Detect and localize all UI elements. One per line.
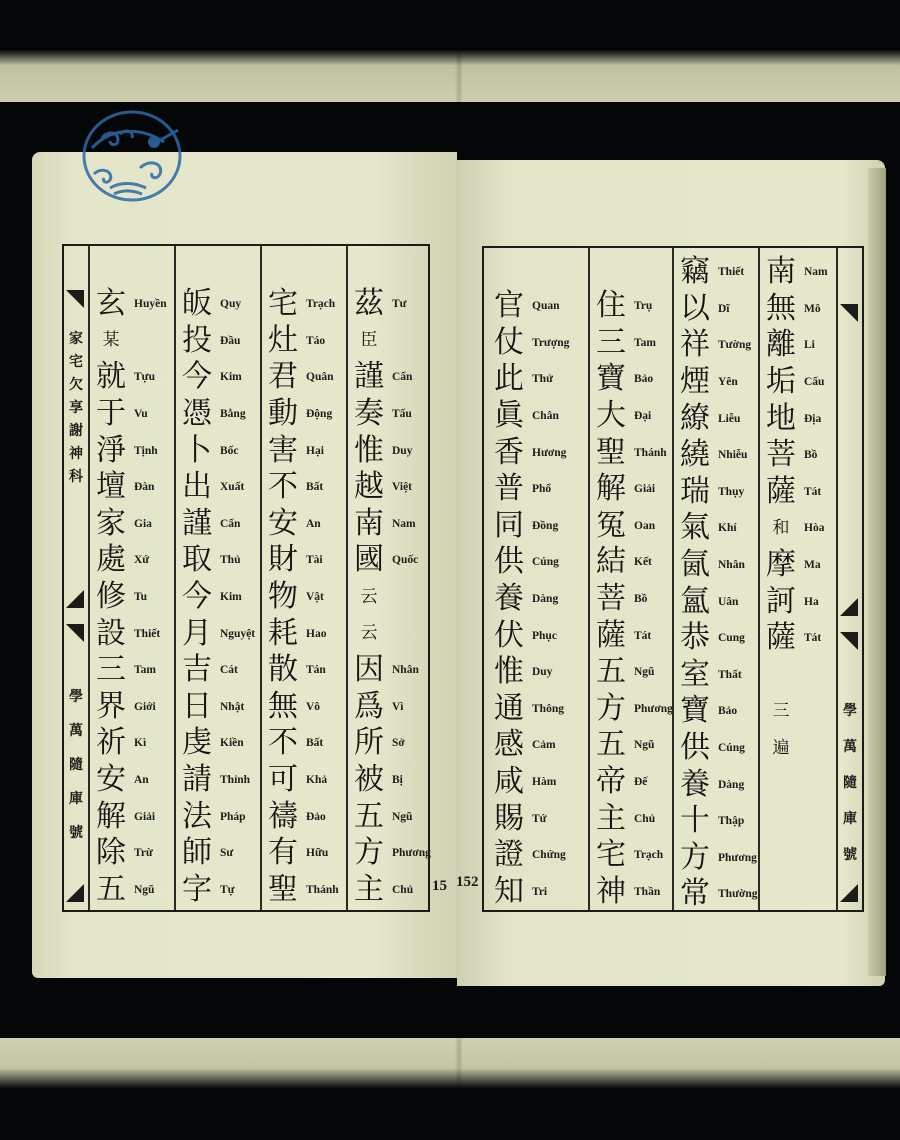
text-cell: 今Kim xyxy=(178,359,255,396)
han-character: 灶 xyxy=(264,326,302,356)
fishtail-top-icon xyxy=(840,304,858,322)
text-cell: 香Hương xyxy=(490,434,569,471)
text-column-3: 宅Trạch灶Táo君Quân動Động害Hại不Bất安An財Tài物Vật耗… xyxy=(264,286,339,908)
romanized-reading: Cẩn xyxy=(220,518,240,530)
romanized-reading: Chứng xyxy=(532,849,566,861)
han-character: 吉 xyxy=(178,655,216,685)
text-cell: 五Ngũ xyxy=(350,798,431,835)
text-cell: 遍 xyxy=(762,730,828,767)
romanized-reading: Tịnh xyxy=(134,445,158,457)
han-character: 冤 xyxy=(592,511,630,541)
han-character: 臣 xyxy=(350,332,388,349)
text-cell: 無Vô xyxy=(264,689,339,726)
text-column-1: 玄Huyền某就Tựu于Vu淨Tịnh壇Đàn家Gia處Xứ修Tu設Thiết三… xyxy=(92,286,167,908)
romanized-reading: Thập xyxy=(718,815,744,827)
han-character: 氳 xyxy=(676,587,714,617)
romanized-reading: Li xyxy=(804,339,815,351)
han-character: 薩 xyxy=(762,477,800,507)
romanized-reading: Trạch xyxy=(634,849,663,861)
romanized-reading: Tu xyxy=(134,591,147,603)
romanized-reading: Thiết xyxy=(134,628,160,640)
text-cell: 界Giới xyxy=(92,689,167,726)
romanized-reading: Cấu xyxy=(804,376,824,388)
page-edges-right xyxy=(868,168,886,976)
text-cell: 有Hữu xyxy=(264,835,339,872)
fishtail-mid-up-icon xyxy=(66,590,84,608)
romanized-reading: Xứ xyxy=(134,554,149,566)
romanized-reading: Bị xyxy=(392,774,403,786)
text-cell: 南Nam xyxy=(762,254,828,291)
romanized-reading: Hòa xyxy=(804,522,824,534)
text-cell: 此Thử xyxy=(490,361,569,398)
text-cell: 所Sở xyxy=(350,725,431,762)
romanized-reading: Hàm xyxy=(532,776,556,788)
han-character: 動 xyxy=(264,399,302,429)
text-cell: 淨Tịnh xyxy=(92,432,167,469)
text-cell: 住Trụ xyxy=(592,288,673,325)
left-margin-strip: 家 宅 欠 享 謝 神 科 𢂰 學 萬 隨 庫 號 xyxy=(64,246,88,910)
romanized-reading: Tát xyxy=(634,630,651,642)
text-cell: 垢Cấu xyxy=(762,364,828,401)
text-cell: 方Phương xyxy=(676,840,757,877)
han-character: 財 xyxy=(264,545,302,575)
han-character: 請 xyxy=(178,765,216,795)
text-cell: 月Nguyệt xyxy=(178,615,255,652)
romanized-reading: Chủ xyxy=(392,884,413,896)
romanized-reading: Đầu xyxy=(220,335,240,347)
romanized-reading: Thiết xyxy=(718,266,744,278)
text-cell: 證Chứng xyxy=(490,837,569,874)
romanized-reading: Vu xyxy=(134,408,148,420)
fishtail-mid-up-icon xyxy=(840,598,858,616)
romanized-reading: Tường xyxy=(718,339,751,351)
han-character: 月 xyxy=(178,619,216,649)
romanized-reading: Địa xyxy=(804,413,821,425)
han-character: 日 xyxy=(178,692,216,722)
han-character: 住 xyxy=(592,291,630,321)
romanized-reading: Bất xyxy=(306,481,323,493)
text-cell: 祥Tường xyxy=(676,327,757,364)
text-cell: 帝Đế xyxy=(592,764,673,801)
text-cell: 宅Trạch xyxy=(264,286,339,323)
romanized-reading: Kim xyxy=(220,591,242,603)
romanized-reading: Cát xyxy=(220,664,238,676)
romanized-reading: Dàng xyxy=(532,593,558,605)
han-character: 訶 xyxy=(762,587,800,617)
han-character: 解 xyxy=(92,802,130,832)
romanized-reading: Táo xyxy=(306,335,325,347)
han-character: 寶 xyxy=(676,696,714,726)
text-cell: 氳Uân xyxy=(676,583,757,620)
romanized-reading: Đồng xyxy=(532,520,558,532)
han-character: 氣 xyxy=(676,513,714,543)
romanized-reading: Huyền xyxy=(134,298,167,310)
romanized-reading: Khí xyxy=(718,522,737,534)
text-cell: 被Bị xyxy=(350,762,431,799)
text-cell: 師Sư xyxy=(178,835,255,872)
romanized-reading: Kết xyxy=(634,556,652,568)
romanized-reading: Tự xyxy=(220,884,235,896)
right-page-number: 152 xyxy=(456,874,479,891)
left-page-number: 15 xyxy=(432,878,447,895)
romanized-reading: Bảo xyxy=(718,705,737,717)
romanized-reading: Chủ xyxy=(634,813,655,825)
romanized-reading: Động xyxy=(306,408,332,420)
margin-title: 𢂰 學 萬 隨 庫 號 xyxy=(843,668,857,862)
text-cell: 今Kim xyxy=(178,579,255,616)
romanized-reading: An xyxy=(306,518,321,530)
han-character: 供 xyxy=(490,547,528,577)
text-cell: 玄Huyền xyxy=(92,286,167,323)
han-character: 設 xyxy=(92,619,130,649)
han-character: 可 xyxy=(264,765,302,795)
han-character: 薩 xyxy=(762,623,800,653)
romanized-reading: Tam xyxy=(634,337,656,349)
text-cell: 奏Tấu xyxy=(350,396,431,433)
romanized-reading: Hữu xyxy=(306,847,328,859)
text-cell: 除Trừ xyxy=(92,835,167,872)
text-cell: 十Thập xyxy=(676,803,757,840)
han-character: 五 xyxy=(92,875,130,905)
han-character: 養 xyxy=(676,770,714,800)
han-character: 聖 xyxy=(264,875,302,905)
text-cell: 吉Cát xyxy=(178,652,255,689)
romanized-reading: Trượng xyxy=(532,337,569,349)
han-character: 五 xyxy=(350,802,388,832)
han-character: 字 xyxy=(178,875,216,905)
text-cell: 壇Đàn xyxy=(92,469,167,506)
text-cell: 某 xyxy=(92,323,167,360)
romanized-reading: Duy xyxy=(392,445,412,457)
han-character: 祈 xyxy=(92,728,130,758)
han-character: 恭 xyxy=(676,623,714,653)
text-cell: 日Nhật xyxy=(178,689,255,726)
text-cell: 薩Tát xyxy=(592,617,673,654)
text-cell: 常Thường xyxy=(676,876,757,913)
han-character: 氤 xyxy=(676,550,714,580)
text-cell: 解Giải xyxy=(592,471,673,508)
text-cell: 卜Bốc xyxy=(178,432,255,469)
han-character: 解 xyxy=(592,474,630,504)
text-cell: 安An xyxy=(264,506,339,543)
romanized-reading: Hại xyxy=(306,445,324,457)
text-cell: 三 xyxy=(762,693,828,730)
romanized-reading: Giải xyxy=(634,483,655,495)
text-column-1: 官Quan仗Trượng此Thử眞Chân香Hương普Phổ同Đồng供Cún… xyxy=(490,288,569,910)
romanized-reading: Trừ xyxy=(134,847,153,859)
text-cell: 知Tri xyxy=(490,874,569,911)
text-cell: 養Dàng xyxy=(676,766,757,803)
han-character: 師 xyxy=(178,838,216,868)
han-character: 卜 xyxy=(178,436,216,466)
text-cell: 竊Thiết xyxy=(676,254,757,291)
han-character: 和 xyxy=(762,520,800,537)
romanized-reading: Bồ xyxy=(634,593,647,605)
left-page-text-frame: 家 宅 欠 享 謝 神 科 𢂰 學 萬 隨 庫 號 玄Huyền某就Tựu于Vu… xyxy=(62,244,430,912)
text-cell: 五Ngũ xyxy=(592,654,673,691)
text-cell: 修Tu xyxy=(92,579,167,616)
han-character: 垢 xyxy=(762,367,800,397)
text-cell: 仗Trượng xyxy=(490,325,569,362)
han-character: 于 xyxy=(92,399,130,429)
text-cell: 越Việt xyxy=(350,469,431,506)
romanized-reading: Tam xyxy=(134,664,156,676)
romanized-reading: Cúng xyxy=(718,742,745,754)
romanized-reading: Nhân xyxy=(718,559,745,571)
romanized-reading: Vật xyxy=(306,591,324,603)
romanized-reading: Tát xyxy=(804,486,821,498)
romanized-reading: Oan xyxy=(634,520,655,532)
text-cell: 三Tam xyxy=(92,652,167,689)
romanized-reading: Phục xyxy=(532,630,557,642)
text-cell: 投Đầu xyxy=(178,323,255,360)
han-character: 十 xyxy=(676,806,714,836)
romanized-reading: Đại xyxy=(634,410,651,422)
romanized-reading: Thụy xyxy=(718,486,744,498)
romanized-reading: An xyxy=(134,774,149,786)
watermark-logo-icon xyxy=(80,108,184,204)
fishtail-mid-down-icon xyxy=(66,624,84,642)
han-character: 眞 xyxy=(490,401,528,431)
text-cell: 惟Duy xyxy=(350,432,431,469)
text-cell: 皈Quy xyxy=(178,286,255,323)
han-character: 養 xyxy=(490,584,528,614)
han-character: 安 xyxy=(264,509,302,539)
romanized-reading: Kì xyxy=(134,737,146,749)
han-character: 壇 xyxy=(92,472,130,502)
romanized-reading: Thường xyxy=(718,888,757,900)
han-character: 淨 xyxy=(92,436,130,466)
han-character: 無 xyxy=(264,692,302,722)
han-character: 有 xyxy=(264,838,302,868)
text-cell: 臣 xyxy=(350,323,431,360)
romanized-reading: Trụ xyxy=(634,300,652,312)
han-character: 修 xyxy=(92,582,130,612)
romanized-reading: Tri xyxy=(532,886,547,898)
romanized-reading: Tài xyxy=(306,554,323,566)
han-character: 官 xyxy=(490,291,528,321)
text-cell: 宅Trạch xyxy=(592,837,673,874)
romanized-reading: Đế xyxy=(634,776,647,788)
text-cell: 法Pháp xyxy=(178,798,255,835)
han-character: 物 xyxy=(264,582,302,612)
han-character: 主 xyxy=(350,875,388,905)
han-character: 感 xyxy=(490,730,528,760)
text-cell: 咸Hàm xyxy=(490,764,569,801)
han-character: 室 xyxy=(676,660,714,690)
text-cell: 寶Bảo xyxy=(676,693,757,730)
han-character: 方 xyxy=(592,694,630,724)
text-cell: 方Phương xyxy=(592,691,673,728)
text-cell: 感Cảm xyxy=(490,727,569,764)
romanized-reading: Nam xyxy=(804,266,828,278)
romanized-reading: Liễu xyxy=(718,413,740,425)
romanized-reading: Phổ xyxy=(532,483,551,495)
romanized-reading: Nguyệt xyxy=(220,628,255,640)
romanized-reading: Dàng xyxy=(718,779,744,791)
text-cell: 氤Nhân xyxy=(676,547,757,584)
han-character: 宅 xyxy=(592,840,630,870)
romanized-reading: Bốc xyxy=(220,445,239,457)
romanized-reading: Thánh xyxy=(634,447,667,459)
romanized-reading: Ha xyxy=(804,596,819,608)
text-cell: 菩Bồ xyxy=(592,581,673,618)
text-cell: 繞Nhiễu xyxy=(676,437,757,474)
romanized-reading: Thủ xyxy=(220,554,240,566)
romanized-reading: Ma xyxy=(804,559,821,571)
han-character: 云 xyxy=(350,589,388,606)
text-cell: 國Quốc xyxy=(350,542,431,579)
han-character: 憑 xyxy=(178,399,216,429)
text-cell: 同Đồng xyxy=(490,508,569,545)
romanized-reading: Khả xyxy=(306,774,327,786)
han-character: 投 xyxy=(178,326,216,356)
text-cell: 眞Chân xyxy=(490,398,569,435)
han-character: 就 xyxy=(92,362,130,392)
romanized-reading: Sư xyxy=(220,847,233,859)
text-cell: 取Thủ xyxy=(178,542,255,579)
text-cell: 室Thất xyxy=(676,657,757,694)
han-character: 取 xyxy=(178,545,216,575)
han-character: 越 xyxy=(350,472,388,502)
text-cell: 冤Oan xyxy=(592,508,673,545)
text-cell: 可Khả xyxy=(264,762,339,799)
romanized-reading: Thông xyxy=(532,703,564,715)
text-cell: 惟Duy xyxy=(490,654,569,691)
text-cell: 請Thỉnh xyxy=(178,762,255,799)
text-cell: 三Tam xyxy=(592,325,673,362)
romanized-reading: Ngũ xyxy=(634,739,654,751)
romanized-reading: Gia xyxy=(134,518,152,530)
text-cell: 耗Hao xyxy=(264,615,339,652)
romanized-reading: Tát xyxy=(804,632,821,644)
text-cell: 灶Táo xyxy=(264,323,339,360)
text-cell: 氣Khí xyxy=(676,510,757,547)
text-cell: 君Quân xyxy=(264,359,339,396)
text-cell: 以Dĩ xyxy=(676,291,757,328)
han-character: 謹 xyxy=(178,509,216,539)
han-character: 出 xyxy=(178,472,216,502)
text-cell: 五Ngũ xyxy=(92,872,167,909)
text-cell: 菩Bồ xyxy=(762,437,828,474)
right-page-text-frame: 官Quan仗Trượng此Thử眞Chân香Hương普Phổ同Đồng供Cún… xyxy=(482,246,864,912)
text-cell: 祈Kì xyxy=(92,725,167,762)
fishtail-top-icon xyxy=(66,290,84,308)
romanized-reading: Thánh xyxy=(306,884,339,896)
romanized-reading: Vô xyxy=(306,701,320,713)
han-character: 祥 xyxy=(676,330,714,360)
text-cell: 不Bất xyxy=(264,725,339,762)
han-character: 菩 xyxy=(762,440,800,470)
romanized-reading: Trạch xyxy=(306,298,335,310)
romanized-reading: Ngũ xyxy=(634,666,654,678)
han-character: 不 xyxy=(264,472,302,502)
text-cell: 設Thiết xyxy=(92,615,167,652)
romanized-reading: Tấu xyxy=(392,408,412,420)
text-cell: 不Bất xyxy=(264,469,339,506)
han-character: 謹 xyxy=(350,362,388,392)
romanized-reading: Mô xyxy=(804,303,821,315)
text-cell: 財Tài xyxy=(264,542,339,579)
han-character: 耗 xyxy=(264,619,302,649)
han-character: 主 xyxy=(592,804,630,834)
romanized-reading: Quan xyxy=(532,300,560,312)
text-cell: 繚Liễu xyxy=(676,400,757,437)
romanized-reading: Quân xyxy=(306,371,334,383)
text-cell: 結Kết xyxy=(592,544,673,581)
text-cell: 五Ngũ xyxy=(592,727,673,764)
romanized-reading: Chân xyxy=(532,410,559,422)
text-cell: 主Chủ xyxy=(350,872,431,909)
text-cell: 普Phổ xyxy=(490,471,569,508)
romanized-reading: Bằng xyxy=(220,408,246,420)
han-character: 菩 xyxy=(592,584,630,614)
text-cell: 供Cúng xyxy=(676,730,757,767)
romanized-reading: Nhiễu xyxy=(718,449,747,461)
romanized-reading: Tựu xyxy=(134,371,155,383)
han-character: 除 xyxy=(92,838,130,868)
han-character: 君 xyxy=(264,362,302,392)
text-cell: 供Cúng xyxy=(490,544,569,581)
margin-title: 家 宅 欠 享 謝 神 科 xyxy=(69,332,83,484)
han-character: 皈 xyxy=(178,289,216,319)
text-cell: 害Hại xyxy=(264,432,339,469)
fishtail-bottom-icon xyxy=(840,884,858,902)
romanized-reading: Đàn xyxy=(134,481,154,493)
han-character: 常 xyxy=(676,879,714,909)
romanized-reading: Yên xyxy=(718,376,738,388)
han-character: 因 xyxy=(350,655,388,685)
han-character: 三 xyxy=(592,328,630,358)
text-cell xyxy=(762,657,828,694)
romanized-reading: Sở xyxy=(392,737,405,749)
han-character: 供 xyxy=(676,733,714,763)
romanized-reading: Ngũ xyxy=(134,884,154,896)
han-character: 爲 xyxy=(350,692,388,722)
han-character: 五 xyxy=(592,730,630,760)
text-cell: 茲Tư xyxy=(350,286,431,323)
text-cell: 云 xyxy=(350,615,431,652)
han-character: 通 xyxy=(490,694,528,724)
text-cell: 字Tự xyxy=(178,872,255,909)
romanized-reading: Tư xyxy=(392,298,407,310)
text-cell: 散Tán xyxy=(264,652,339,689)
text-cell: 動Động xyxy=(264,396,339,433)
text-cell: 因Nhân xyxy=(350,652,431,689)
text-cell: 薩Tát xyxy=(762,620,828,657)
han-character: 瑞 xyxy=(676,477,714,507)
han-character: 南 xyxy=(350,509,388,539)
romanized-reading: Quy xyxy=(220,298,241,310)
han-character: 惟 xyxy=(350,436,388,466)
han-character: 咸 xyxy=(490,767,528,797)
han-character: 證 xyxy=(490,840,528,870)
romanized-reading: Giới xyxy=(134,701,156,713)
han-character: 界 xyxy=(92,692,130,722)
romanized-reading: Pháp xyxy=(220,811,246,823)
text-cell: 解Giải xyxy=(92,798,167,835)
han-character: 安 xyxy=(92,765,130,795)
text-cell: 薩Tát xyxy=(762,474,828,511)
han-character: 被 xyxy=(350,765,388,795)
han-character: 普 xyxy=(490,474,528,504)
text-cell: 謹Cẩn xyxy=(350,359,431,396)
text-column-4: 茲Tư臣謹Cẩn奏Tấu惟Duy越Việt南Nam國Quốc云云因Nhân爲Vì… xyxy=(350,286,431,908)
romanized-reading: Nhật xyxy=(220,701,244,713)
text-cell: 聖Thánh xyxy=(264,872,339,909)
romanized-reading: Cung xyxy=(718,632,745,644)
han-character: 地 xyxy=(762,404,800,434)
